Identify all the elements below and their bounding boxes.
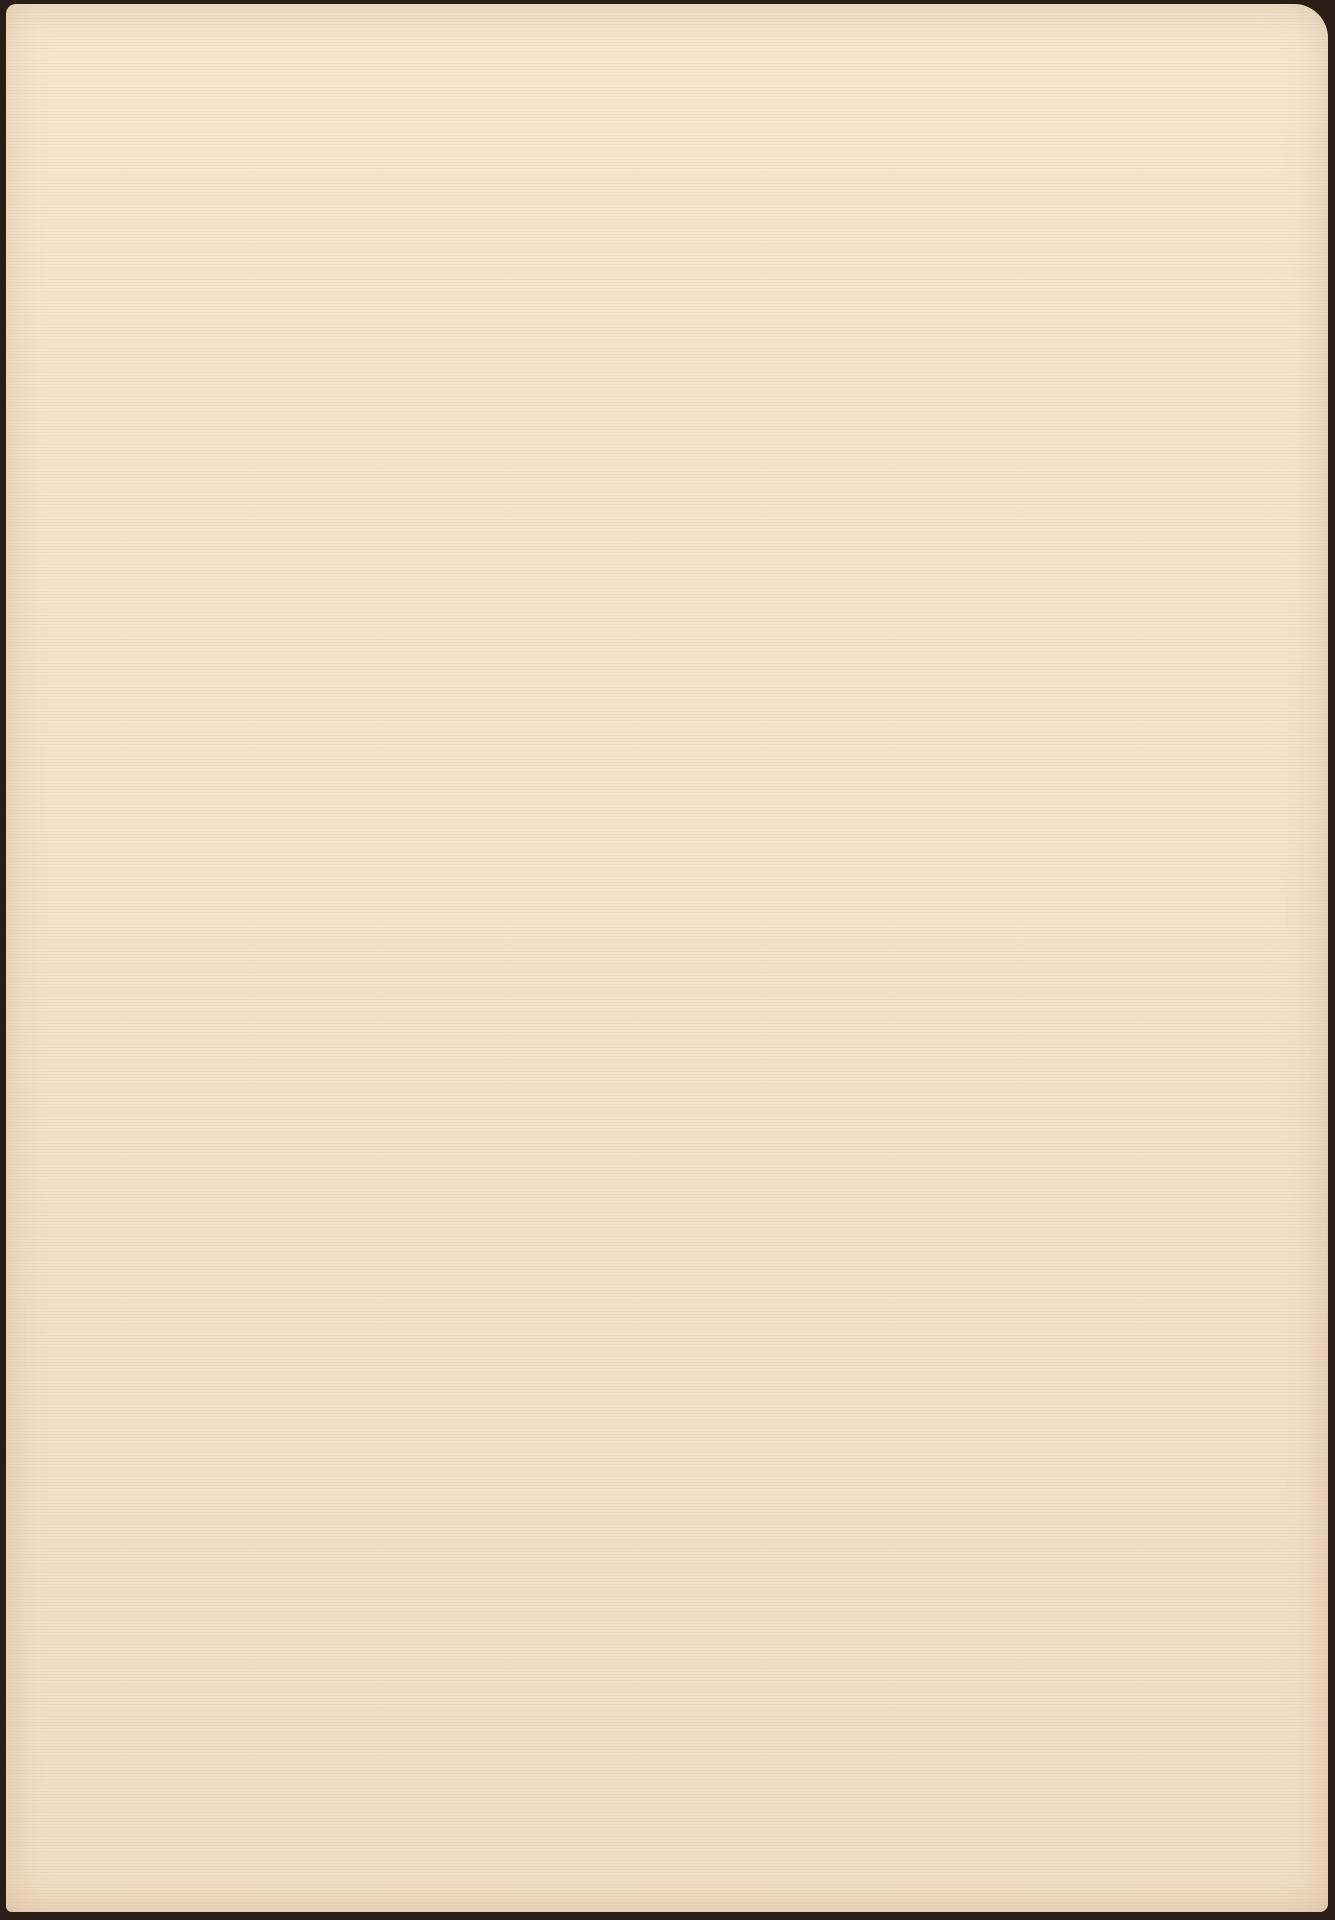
- manuscript-page: [6, 4, 1328, 1912]
